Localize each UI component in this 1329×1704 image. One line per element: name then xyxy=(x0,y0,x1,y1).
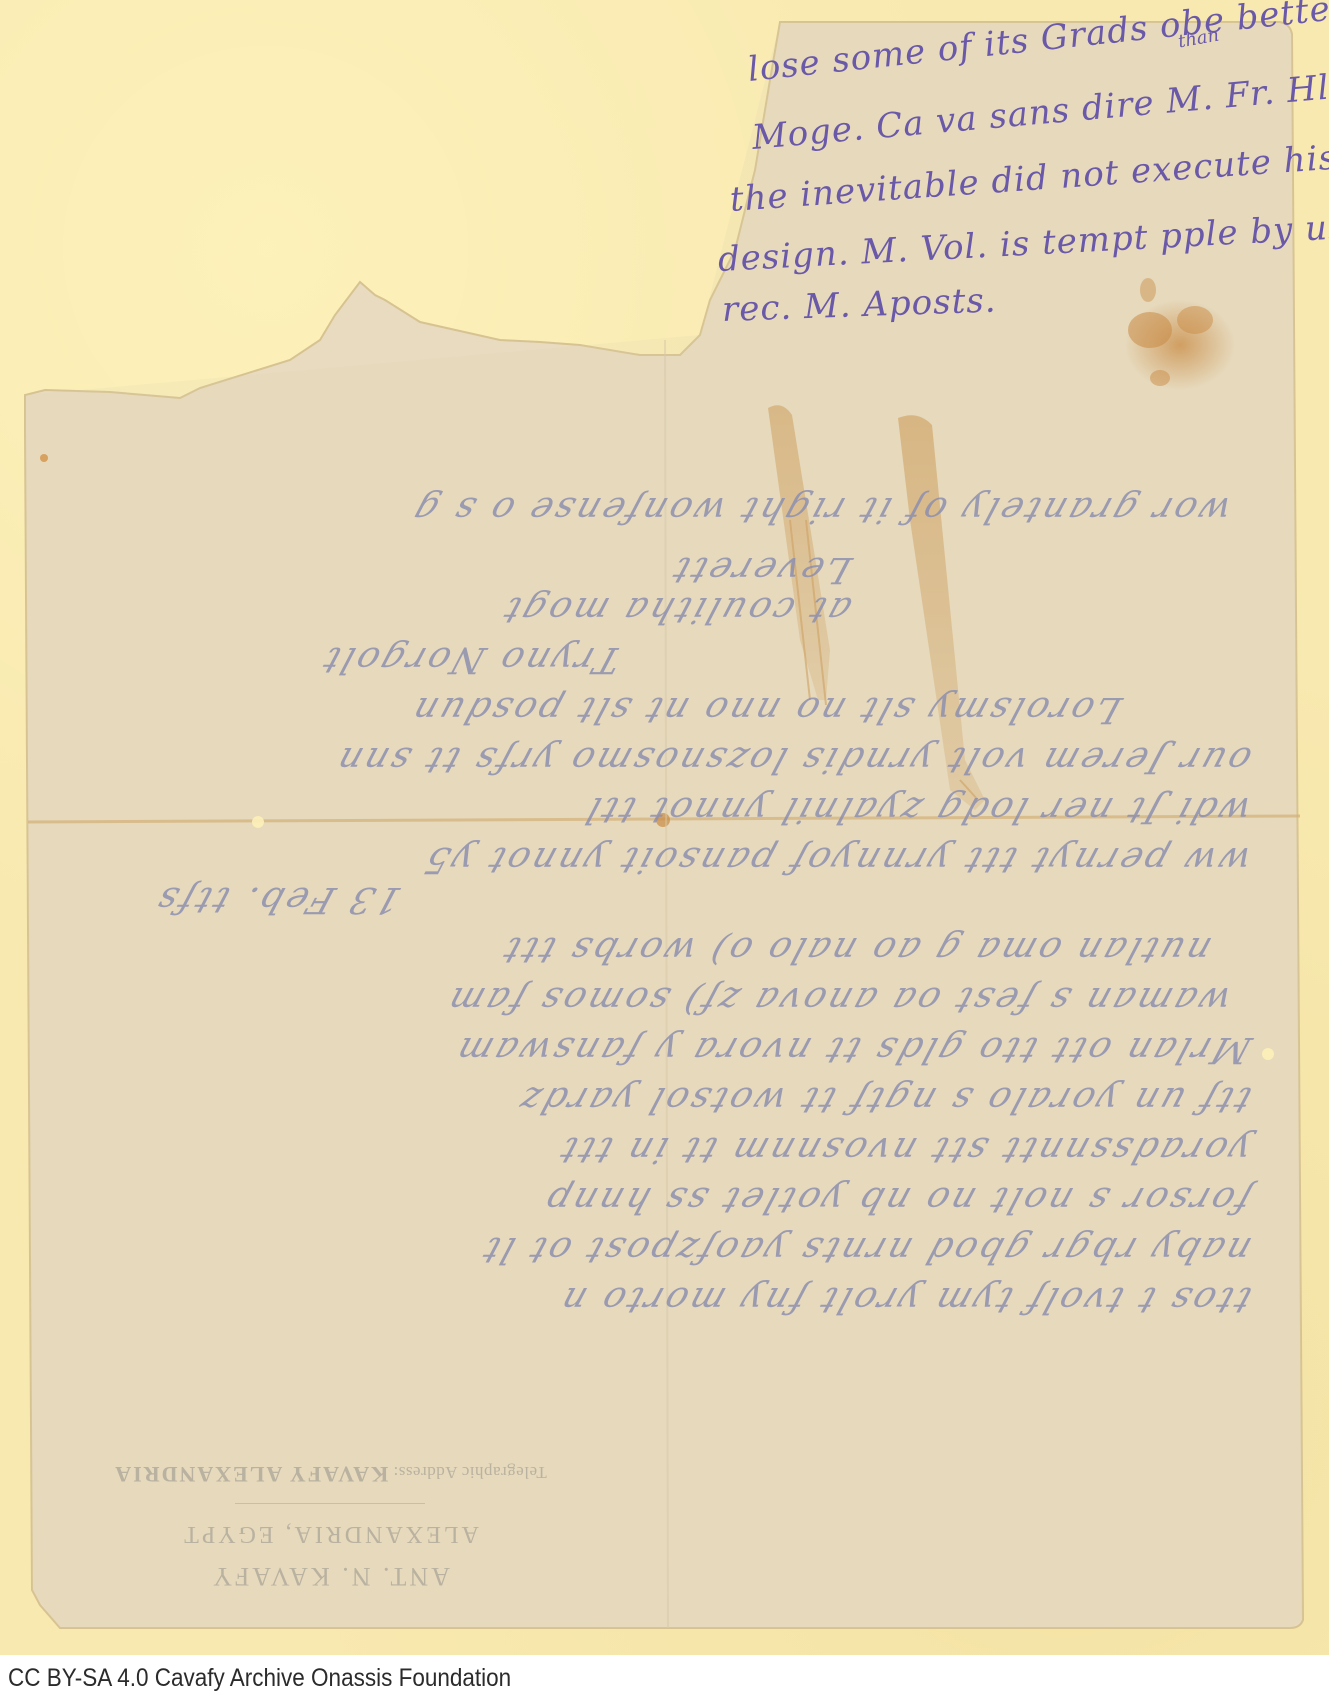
pencil-line: wor grantely of it right wonfense o s g xyxy=(406,489,1237,530)
license-caption: CC BY-SA 4.0 Cavafy Archive Onassis Foun… xyxy=(8,1664,511,1693)
letterhead-telegraphic-name: KAVAFY ALEXANDRIA xyxy=(113,1462,388,1487)
pencil-line: Lorolsmy slt no nno nt slt posdun xyxy=(405,689,1127,730)
pencil-line: nutlan oma g ao nalo o) worbs ttt xyxy=(496,929,1217,970)
pencil-line: ww pernyt ttt yrnnyof pansoit ynnot y5 xyxy=(417,839,1257,880)
letterhead-telegraphic-label: Telegraphic Address: xyxy=(393,1463,547,1482)
pencil-line: waman s fest oa anova zf) somos fam xyxy=(440,979,1236,1020)
pencil-line: ttos t tvolf tym yrolt fny morto n xyxy=(553,1279,1257,1320)
pencil-line: our Jerem volt yrndis lozsnosmo yrfs tt … xyxy=(329,739,1257,780)
pencil-line: at coulitha mogt xyxy=(496,589,857,630)
pencil-line: forsor s nolt no nb yotlet ss hnnp xyxy=(538,1179,1257,1220)
pencil-line: Mrlan ott tto glds tt nvora y fanswam xyxy=(449,1029,1257,1070)
pencil-text-upside-down: wor grantely of it right wonfense o s g … xyxy=(150,480,1270,1240)
pencil-line: wdi Jt ner lodg zyalnil ynnot ttl xyxy=(579,789,1257,830)
pencil-line: yoradssnntt stt nvosnnm tt in ttt xyxy=(553,1129,1257,1170)
letterhead-name: ANT. N. KAVAFY xyxy=(100,1561,560,1591)
letterhead-rule xyxy=(235,1503,425,1504)
pencil-line: 13 Feb. ttfs xyxy=(149,879,407,920)
letterhead-telegraphic: Telegraphic Address: KAVAFY ALEXANDRIA xyxy=(100,1461,560,1487)
letterhead-city: ALEXANDRIA, EGYPT xyxy=(100,1520,560,1547)
pencil-line: Leverett xyxy=(665,549,857,590)
letterhead-showthrough: ANT. N. KAVAFY ALEXANDRIA, EGYPT Telegra… xyxy=(100,1455,560,1605)
pencil-line: ttf un yoralo s ngtf tt wotsol yardz xyxy=(512,1079,1257,1120)
pencil-line: Tryno Norgolt xyxy=(315,639,626,680)
pencil-line: naby rbgr gbod nrnts yaofzpost ot lt xyxy=(475,1229,1256,1270)
